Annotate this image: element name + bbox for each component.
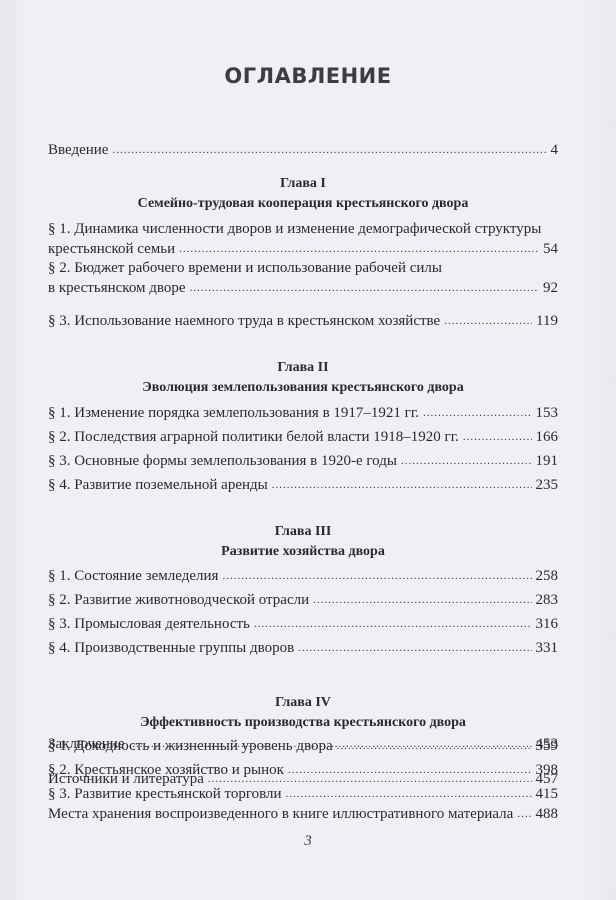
toc-entry-label: § 2. Развитие животноводческой отрасли <box>48 590 309 610</box>
toc-entry-label-cont: в крестьянском дворе <box>48 278 186 298</box>
chapter-heading-1: Глава I Семейно-трудовая кооперация крес… <box>48 174 558 214</box>
dot-leader <box>272 475 532 495</box>
chapter-title: Эффективность производства крестьянского… <box>48 713 558 733</box>
toc-entry-label: § 2. Бюджет рабочего времени и использов… <box>48 258 558 278</box>
toc-entry-page: 258 <box>536 566 559 586</box>
toc-entry[interactable]: § 3. Промысловая деятельность 316 <box>48 614 558 634</box>
toc-entry-label: § 4. Развитие поземельной аренды <box>48 475 268 495</box>
dot-leader <box>254 614 532 634</box>
toc-entry-label: § 1. Состояние земледелия <box>48 566 218 586</box>
chapter-title: Развитие хозяйства двора <box>48 542 558 562</box>
toc-entry-label: Введение <box>48 140 108 160</box>
chapter-title: Семейно-трудовая кооперация крестьянског… <box>48 194 558 214</box>
toc-entry-label: Заключение <box>48 734 125 754</box>
dot-leader <box>129 734 532 754</box>
chapter-heading-2: Глава II Эволюция землепользования крест… <box>48 358 558 398</box>
toc-entry-page: 191 <box>536 451 559 471</box>
toc-entry-intro[interactable]: Введение 4 <box>48 140 558 160</box>
toc-entry-page: 453 <box>536 734 559 754</box>
toc-entry-page: 283 <box>536 590 559 610</box>
toc-entry-page: 92 <box>543 278 558 298</box>
dot-leader <box>208 769 532 789</box>
page-number: 3 <box>0 833 616 850</box>
toc-entry-conclusion[interactable]: Заключение 453 <box>48 734 558 754</box>
toc-entry-label: § 3. Использование наемного труда в крес… <box>48 311 440 331</box>
toc-entry-label: § 2. Последствия аграрной политики белой… <box>48 427 459 447</box>
toc-entry-label: § 3. Основные формы землепользования в 1… <box>48 451 397 471</box>
toc-entry-page: 235 <box>536 475 559 495</box>
toc-entry-illustrations[interactable]: Места хранения воспроизведенного в книге… <box>48 804 558 824</box>
chapter-title: Эволюция землепользования крестьянского … <box>48 378 558 398</box>
toc-entry[interactable]: § 1. Динамика численности дворов и измен… <box>48 219 558 259</box>
toc-entry-page: 4 <box>551 140 559 160</box>
toc-entry[interactable]: § 2. Развитие животноводческой отрасли 2… <box>48 590 558 610</box>
chapter-heading-4: Глава IV Эффективность производства крес… <box>48 693 558 733</box>
toc-entry-label-cont: крестьянской семьи <box>48 239 175 259</box>
page-title: ОГЛАВЛЕНИЕ <box>0 64 616 88</box>
toc-entry-page: 119 <box>536 311 558 331</box>
dot-leader <box>517 804 531 824</box>
toc-entry-label: § 3. Промысловая деятельность <box>48 614 250 634</box>
dot-leader <box>463 427 532 447</box>
dot-leader <box>401 451 532 471</box>
chapter-number: Глава I <box>48 174 558 194</box>
toc-entry-page: 331 <box>536 638 559 658</box>
toc-entry[interactable]: § 2. Последствия аграрной политики белой… <box>48 427 558 447</box>
chapter-heading-3: Глава III Развитие хозяйства двора <box>48 522 558 562</box>
chapter-number: Глава III <box>48 522 558 542</box>
dot-leader <box>313 590 531 610</box>
toc-entry-label: Источники и литература <box>48 769 204 789</box>
toc-entry-label: § 4. Производственные группы дворов <box>48 638 294 658</box>
dot-leader <box>190 278 539 298</box>
dot-leader <box>298 638 531 658</box>
toc-entry-page: 316 <box>536 614 559 634</box>
toc-entry-label: Места хранения воспроизведенного в книге… <box>48 804 513 824</box>
toc-entry[interactable]: § 2. Бюджет рабочего времени и использов… <box>48 258 558 298</box>
dot-leader <box>423 403 531 423</box>
toc-entry-page: 488 <box>536 804 559 824</box>
toc-entry[interactable]: § 4. Производственные группы дворов 331 <box>48 638 558 658</box>
toc-entry-page: 54 <box>543 239 558 259</box>
dot-leader <box>222 566 531 586</box>
toc-entry-page: 153 <box>536 403 559 423</box>
toc-entry-page: 457 <box>536 769 559 789</box>
toc-entry[interactable]: § 3. Использование наемного труда в крес… <box>48 311 558 331</box>
toc-entry[interactable]: § 1. Изменение порядка землепользования … <box>48 403 558 423</box>
toc-entry-label: § 1. Динамика численности дворов и измен… <box>48 219 558 239</box>
toc-entry-page: 166 <box>536 427 559 447</box>
dot-leader <box>444 311 532 331</box>
toc-entry[interactable]: § 1. Состояние земледелия 258 <box>48 566 558 586</box>
toc-entry[interactable]: § 4. Развитие поземельной аренды 235 <box>48 475 558 495</box>
chapter-number: Глава II <box>48 358 558 378</box>
dot-leader <box>112 140 546 160</box>
toc-entry-sources[interactable]: Источники и литература 457 <box>48 769 558 789</box>
chapter-number: Глава IV <box>48 693 558 713</box>
toc-entry[interactable]: § 3. Основные формы землепользования в 1… <box>48 451 558 471</box>
dot-leader <box>179 239 539 259</box>
toc-entry-label: § 1. Изменение порядка землепользования … <box>48 403 419 423</box>
